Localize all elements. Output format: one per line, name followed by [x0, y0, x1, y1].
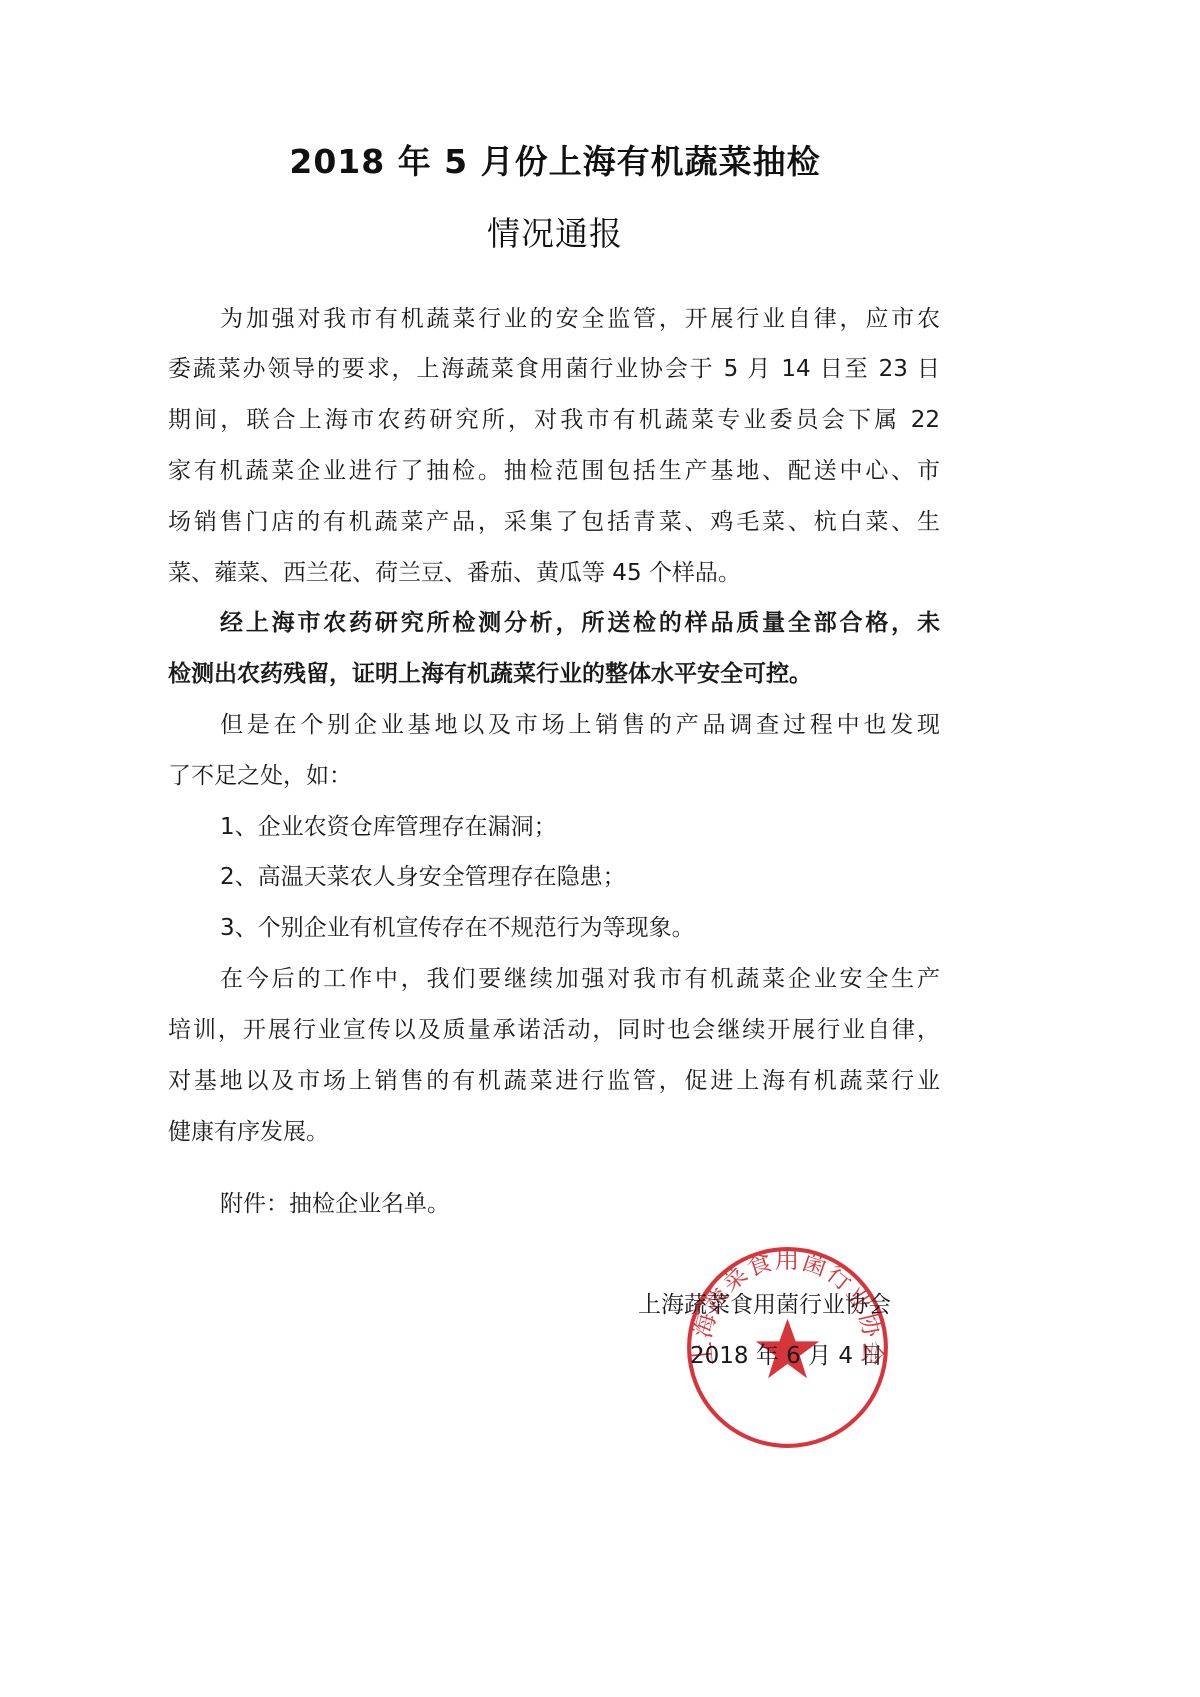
- issue-item: 3、个别企业有机宣传存在不规范行为等现象。: [220, 913, 940, 943]
- issue-item: 2、高温天菜农人身安全管理存在隐患；: [220, 862, 940, 892]
- signature-date: 2018 年 6 月 4 日: [690, 1337, 883, 1370]
- paragraph-1-line: 为加强对我市有机蔬菜行业的安全监管，开展行业自律，应市农: [220, 304, 940, 334]
- paragraph-4-line: 培训，开展行业宣传以及质量承诺活动，同时也会继续开展行业自律，: [168, 1015, 940, 1045]
- issue-item: 1、企业农资仓库管理存在漏洞；: [220, 812, 940, 842]
- paragraph-2-line: 经上海市农药研究所检测分析，所送检的样品质量全部合格，未: [220, 608, 940, 638]
- paragraph-3-line: 但是在个别企业基地以及市场上销售的产品调查过程中也发现: [220, 710, 940, 740]
- paragraph-1-line: 家有机蔬菜企业进行了抽检。抽检范围包括生产基地、配送中心、市: [168, 456, 940, 486]
- document-title-line2: 情况通报: [0, 208, 1110, 255]
- document-page: 2018 年 5 月份上海有机蔬菜抽检 情况通报 为加强对我市有机蔬菜行业的安全…: [0, 0, 1200, 1697]
- paragraph-4-line: 对基地以及市场上销售的有机蔬菜进行监管，促进上海有机蔬菜行业: [168, 1066, 940, 1096]
- document-title-line1: 2018 年 5 月份上海有机蔬菜抽检: [0, 136, 1110, 183]
- paragraph-3-line: 了不足之处，如：: [168, 761, 940, 791]
- paragraph-2-line: 检测出农药残留，证明上海有机蔬菜行业的整体水平安全可控。: [168, 659, 940, 689]
- paragraph-4-line: 在今后的工作中，我们要继续加强对我市有机蔬菜企业安全生产: [220, 964, 940, 994]
- paragraph-1-line: 场销售门店的有机蔬菜产品，采集了包括青菜、鸡毛菜、杭白菜、生: [168, 507, 940, 537]
- paragraph-4-line: 健康有序发展。: [168, 1117, 940, 1147]
- signature-organization: 上海蔬菜食用菌行业协会: [638, 1286, 891, 1319]
- attachment-note: 附件：抽检企业名单。: [220, 1189, 940, 1219]
- paragraph-1-line: 委蔬菜办领导的要求，上海蔬菜食用菌行业协会于 5 月 14 日至 23 日: [168, 354, 940, 384]
- paragraph-1-line: 期间，联合上海市农药研究所，对我市有机蔬菜专业委员会下属 22: [168, 405, 940, 435]
- paragraph-1-line: 菜、蕹菜、西兰花、荷兰豆、番茄、黄瓜等 45 个样品。: [168, 558, 940, 588]
